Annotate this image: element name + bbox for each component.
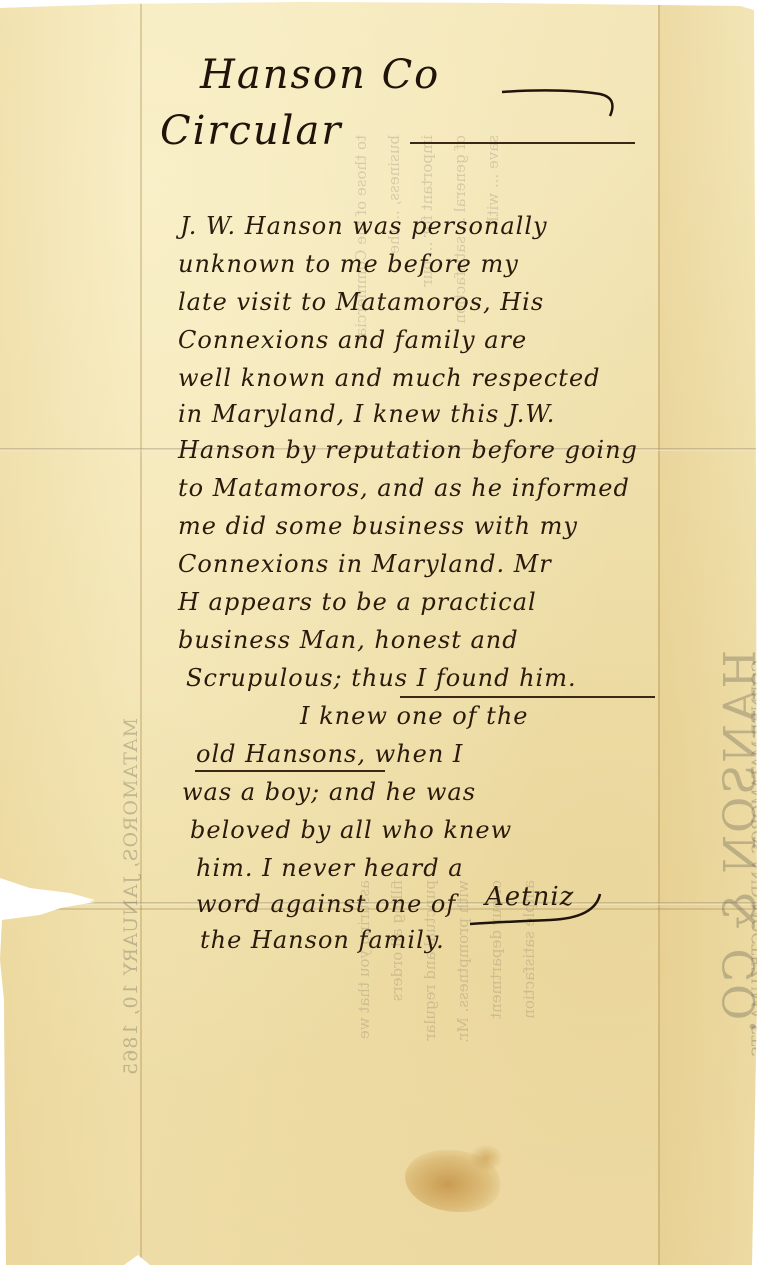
letter-title-line1: Hanson Co bbox=[200, 52, 440, 98]
body-line-17: beloved by all who knew bbox=[190, 816, 512, 844]
body-underline-2 bbox=[195, 770, 385, 772]
vertical-fold-right bbox=[658, 0, 660, 1265]
body-line-8: to Matamoros, and as he informed bbox=[178, 474, 630, 502]
body-line-6: in Maryland, I knew this J.W. bbox=[178, 400, 555, 428]
body-line-20: the Hanson family. bbox=[200, 926, 445, 954]
body-line-2: unknown to me before my bbox=[178, 250, 519, 278]
body-line-7: Hanson by reputation before going bbox=[178, 436, 638, 464]
body-line-14: I knew one of the bbox=[300, 702, 529, 730]
body-line-11: H appears to be a practical bbox=[178, 588, 537, 616]
left-fold-panel bbox=[0, 0, 140, 1265]
body-line-4: Connexions and family are bbox=[178, 326, 527, 354]
body-underline-1 bbox=[400, 696, 655, 698]
body-line-18: him. I never heard a bbox=[196, 854, 464, 882]
body-line-10: Connexions in Maryland. Mr bbox=[178, 550, 552, 578]
body-line-13: Scrupulous; thus I found him. bbox=[186, 664, 577, 692]
body-line-1: J. W. Hanson was personally bbox=[180, 212, 548, 240]
signature-flourish bbox=[460, 890, 610, 930]
letter-title-line2: Circular bbox=[160, 108, 342, 154]
bleed-address: CORNER MATAMOROS AND MOCTEZUMA STS bbox=[748, 660, 758, 1057]
body-line-16: was a boy; and he was bbox=[182, 778, 476, 806]
right-fold-panel bbox=[658, 0, 758, 1265]
title-flourish bbox=[500, 80, 620, 120]
body-line-5: well known and much respected bbox=[178, 364, 601, 392]
body-line-12: business Man, honest and bbox=[178, 626, 519, 654]
body-line-9: me did some business with my bbox=[178, 512, 578, 540]
body-line-3: late visit to Matamoros, His bbox=[178, 288, 544, 316]
title-underline bbox=[410, 142, 635, 144]
bleed-dateline: MATAMOROS, JANUARY 10, 1865 bbox=[120, 718, 142, 1076]
body-line-15: old Hansons, when I bbox=[196, 740, 463, 768]
ink-stain-small bbox=[470, 1145, 502, 1171]
letter-paper: MATAMOROS, JANUARY 10, 1865 HANSON & CO.… bbox=[0, 0, 758, 1265]
body-line-19: word against one of bbox=[196, 890, 456, 918]
